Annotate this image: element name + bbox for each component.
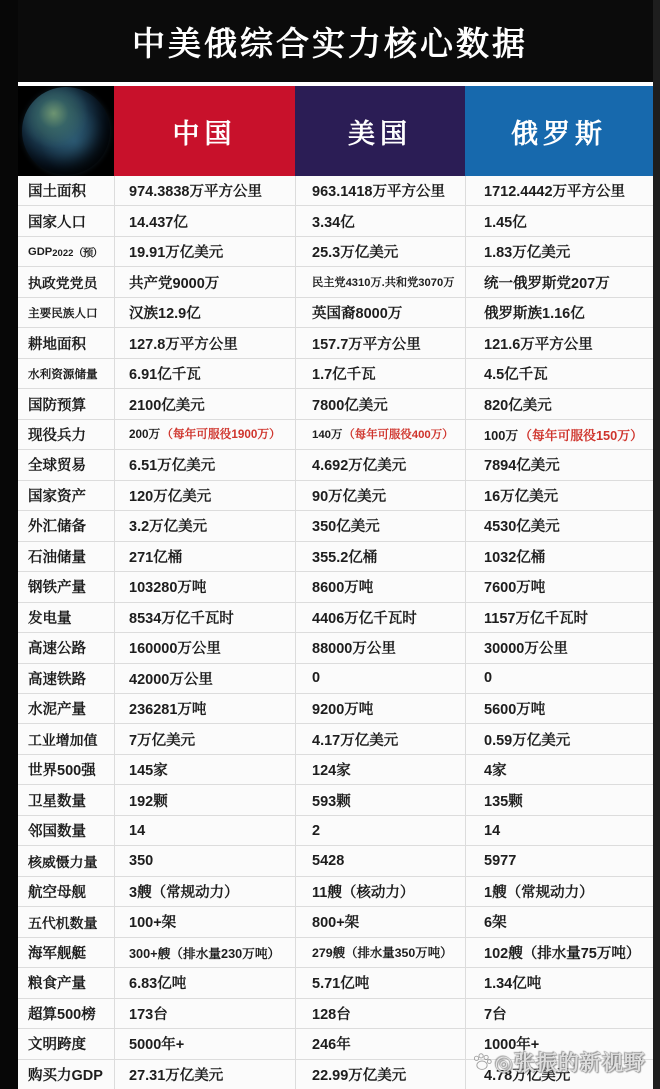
- china-value: 19.91万亿美元: [114, 237, 295, 266]
- china-value: 100+架: [114, 907, 295, 936]
- value-text: 5000年+: [129, 1033, 184, 1054]
- russia-value: 4.5亿千瓦: [465, 359, 653, 388]
- value-text: 14: [129, 823, 145, 839]
- value-text: 145家: [129, 759, 168, 780]
- row-label: 粮食产量: [18, 968, 114, 997]
- row-label: 国家人口: [18, 206, 114, 235]
- table-row: 主要民族人口汉族12.9亿英国裔8000万俄罗斯族1.16亿: [18, 298, 653, 328]
- china-value: 160000万公里: [114, 633, 295, 662]
- china-value: 974.3838万平方公里: [114, 176, 295, 205]
- table-row: 全球贸易6.51万亿美元4.692万亿美元7894亿美元: [18, 450, 653, 480]
- usa-value: 279艘（排水量350万吨）: [295, 938, 465, 967]
- row-label: 水利资源储量: [18, 359, 114, 388]
- russia-value: 5600万吨: [465, 694, 653, 723]
- value-text: 1.7亿千瓦: [312, 363, 376, 384]
- china-value: 14: [114, 816, 295, 845]
- table-row: 粮食产量6.83亿吨5.71亿吨1.34亿吨: [18, 968, 653, 998]
- row-label: 石油储量: [18, 542, 114, 571]
- value-text: 1032亿桶: [484, 546, 545, 567]
- russia-value: 135颗: [465, 785, 653, 814]
- russia-value: 1157万亿千瓦时: [465, 603, 653, 632]
- usa-value: 355.2亿桶: [295, 542, 465, 571]
- usa-value: 140万（每年可服役400万）: [295, 420, 465, 449]
- china-value: 200万（每年可服役1900万）: [114, 420, 295, 449]
- value-text: 8600万吨: [312, 576, 373, 597]
- value-text: 30000万公里: [484, 637, 568, 658]
- earth-globe-icon: [22, 87, 110, 175]
- row-label: 国防预算: [18, 389, 114, 418]
- value-text: 135颗: [484, 790, 523, 811]
- value-text: 1.45亿: [484, 211, 527, 232]
- value-text: 0: [484, 670, 492, 686]
- value-text: 11艘（核动力）: [312, 881, 414, 902]
- usa-value: 88000万公里: [295, 633, 465, 662]
- value-text: 27.31万亿美元: [129, 1064, 223, 1085]
- country-header-usa: 美国: [295, 86, 465, 176]
- country-header-china: 中国: [114, 86, 295, 176]
- usa-value: 124家: [295, 755, 465, 784]
- paw-icon: [471, 1051, 493, 1073]
- infographic-canvas: 中美俄综合实力核心数据 中国美国俄罗斯 国土面积974.3838万平方公里963…: [0, 0, 660, 1089]
- row-label: 工业增加值: [18, 724, 114, 753]
- value-text: 350亿美元: [312, 515, 380, 536]
- china-value: 271亿桶: [114, 542, 295, 571]
- value-text: 1艘（常规动力）: [484, 881, 594, 902]
- china-value: 120万亿美元: [114, 481, 295, 510]
- table-row: 水利资源储量6.91亿千瓦1.7亿千瓦4.5亿千瓦: [18, 359, 653, 389]
- value-text: 1.34亿吨: [484, 972, 541, 993]
- value-note-red: （每年可服役150万）: [519, 425, 643, 444]
- earth-cell: [18, 86, 114, 176]
- china-value: 236281万吨: [114, 694, 295, 723]
- china-value: 汉族12.9亿: [114, 298, 295, 327]
- row-label: 购买力GDP: [18, 1060, 114, 1089]
- row-label: 卫星数量: [18, 785, 114, 814]
- value-text: 6.83亿吨: [129, 972, 186, 993]
- row-label: 文明跨度: [18, 1029, 114, 1058]
- value-text: 121.6万平方公里: [484, 333, 593, 354]
- russia-value: 100万（每年可服役150万）: [465, 420, 653, 449]
- russia-value: 1.83万亿美元: [465, 237, 653, 266]
- russia-value: 俄罗斯族1.16亿: [465, 298, 653, 327]
- china-value: 6.51万亿美元: [114, 450, 295, 479]
- china-value: 350: [114, 846, 295, 875]
- value-text: 42000万公里: [129, 668, 213, 689]
- value-text: 6.91亿千瓦: [129, 363, 201, 384]
- value-text: 5600万吨: [484, 698, 545, 719]
- value-text: 14.437亿: [129, 211, 188, 232]
- value-text: 5977: [484, 853, 516, 869]
- value-text: 5428: [312, 853, 344, 869]
- row-label: 外汇储备: [18, 511, 114, 540]
- row-label: 发电量: [18, 603, 114, 632]
- table-row: 高速铁路42000万公里00: [18, 664, 653, 694]
- usa-value: 963.1418万平方公里: [295, 176, 465, 205]
- value-text: 4.5亿千瓦: [484, 363, 548, 384]
- russia-value: 0.59万亿美元: [465, 724, 653, 753]
- page-title: 中美俄综合实力核心数据: [132, 18, 528, 65]
- russia-value: 7台: [465, 999, 653, 1028]
- usa-value: 1.7亿千瓦: [295, 359, 465, 388]
- china-value: 14.437亿: [114, 206, 295, 235]
- usa-value: 157.7万平方公里: [295, 328, 465, 357]
- russia-value: 1032亿桶: [465, 542, 653, 571]
- russia-value: 4530亿美元: [465, 511, 653, 540]
- russia-value: 30000万公里: [465, 633, 653, 662]
- row-label: 高速公路: [18, 633, 114, 662]
- table-row: 外汇储备3.2万亿美元350亿美元4530亿美元: [18, 511, 653, 541]
- value-text: 173台: [129, 1003, 168, 1024]
- russia-value: 1.34亿吨: [465, 968, 653, 997]
- value-text: 192颗: [129, 790, 168, 811]
- russia-value: 7894亿美元: [465, 450, 653, 479]
- table-row: GDP2022（预）19.91万亿美元25.3万亿美元1.83万亿美元: [18, 237, 653, 267]
- usa-value: 90万亿美元: [295, 481, 465, 510]
- country-header-row: 中国美国俄罗斯: [18, 86, 653, 176]
- value-note-red: （每年可服役1900万）: [161, 426, 281, 442]
- china-value: 27.31万亿美元: [114, 1060, 295, 1089]
- table-row: 石油储量271亿桶355.2亿桶1032亿桶: [18, 542, 653, 572]
- usa-value: 7800亿美元: [295, 389, 465, 418]
- table-row: 世界500强145家124家4家: [18, 755, 653, 785]
- watermark-text: ◎张振的新视野: [495, 1047, 646, 1077]
- title-separator-line: [18, 82, 653, 86]
- value-text: 4530亿美元: [484, 515, 560, 536]
- china-value: 103280万吨: [114, 572, 295, 601]
- china-value: 145家: [114, 755, 295, 784]
- value-text: 593颗: [312, 790, 351, 811]
- value-text: 88000万公里: [312, 637, 396, 658]
- table-row: 核威慑力量35054285977: [18, 846, 653, 876]
- russia-value: 统一俄罗斯党207万: [465, 267, 653, 296]
- value-text: 5.71亿吨: [312, 972, 369, 993]
- value-text: 6架: [484, 911, 507, 932]
- value-text: 0.59万亿美元: [484, 729, 570, 750]
- value-text: 8534万亿千瓦时: [129, 607, 234, 628]
- russia-value: 16万亿美元: [465, 481, 653, 510]
- table-row: 邻国数量14214: [18, 816, 653, 846]
- usa-value: 593颗: [295, 785, 465, 814]
- value-text: 974.3838万平方公里: [129, 180, 262, 201]
- usa-value: 2: [295, 816, 465, 845]
- value-text: 3.34亿: [312, 211, 355, 232]
- table-row: 国家人口14.437亿3.34亿1.45亿: [18, 206, 653, 236]
- china-value: 5000年+: [114, 1029, 295, 1058]
- value-text: 3.2万亿美元: [129, 515, 207, 536]
- value-text: 0: [312, 670, 320, 686]
- china-value: 6.83亿吨: [114, 968, 295, 997]
- row-label: GDP2022（预）: [18, 237, 114, 266]
- value-text: 90万亿美元: [312, 485, 386, 506]
- value-text: 16万亿美元: [484, 485, 558, 506]
- value-text: 7600万吨: [484, 576, 545, 597]
- value-text: 103280万吨: [129, 576, 206, 597]
- usa-value: 5428: [295, 846, 465, 875]
- russia-value: 0: [465, 664, 653, 693]
- row-label: 国土面积: [18, 176, 114, 205]
- usa-value: 8600万吨: [295, 572, 465, 601]
- china-value: 127.8万平方公里: [114, 328, 295, 357]
- china-value: 300+艘（排水量230万吨）: [114, 938, 295, 967]
- value-text: 25.3万亿美元: [312, 241, 398, 262]
- china-value: 8534万亿千瓦时: [114, 603, 295, 632]
- row-label: 钢铁产量: [18, 572, 114, 601]
- row-label: 航空母舰: [18, 877, 114, 906]
- usa-value: 0: [295, 664, 465, 693]
- russia-value: 7600万吨: [465, 572, 653, 601]
- value-text: 9200万吨: [312, 698, 373, 719]
- china-value: 192颗: [114, 785, 295, 814]
- value-text: 22.99万亿美元: [312, 1064, 406, 1085]
- table-row: 发电量8534万亿千瓦时4406万亿千瓦时1157万亿千瓦时: [18, 603, 653, 633]
- usa-value: 英国裔8000万: [295, 298, 465, 327]
- russia-value: 1712.4442万平方公里: [465, 176, 653, 205]
- row-label: 高速铁路: [18, 664, 114, 693]
- russia-value: 4家: [465, 755, 653, 784]
- value-text: 6.51万亿美元: [129, 454, 215, 475]
- value-text: 1157万亿千瓦时: [484, 607, 588, 628]
- value-text: 民主党4310万.共和党3070万: [312, 274, 454, 290]
- usa-value: 民主党4310万.共和党3070万: [295, 267, 465, 296]
- comparison-table: 国土面积974.3838万平方公里963.1418万平方公里1712.4442万…: [18, 176, 653, 1089]
- value-text: 1712.4442万平方公里: [484, 180, 625, 201]
- china-value: 2100亿美元: [114, 389, 295, 418]
- country-label: 美国: [348, 112, 412, 151]
- value-text: 160000万公里: [129, 637, 221, 658]
- row-label: 核威慑力量: [18, 846, 114, 875]
- value-text: 7894亿美元: [484, 454, 560, 475]
- table-row: 耕地面积127.8万平方公里157.7万平方公里121.6万平方公里: [18, 328, 653, 358]
- value-text: 279艘（排水量350万吨）: [312, 943, 452, 961]
- right-frame-strip: [653, 0, 660, 1089]
- value-text: 4.692万亿美元: [312, 454, 406, 475]
- row-label: 五代机数量: [18, 907, 114, 936]
- value-text: 157.7万平方公里: [312, 333, 421, 354]
- table-row: 海军舰艇300+艘（排水量230万吨）279艘（排水量350万吨）102艘（排水…: [18, 938, 653, 968]
- value-text: 102艘（排水量75万吨）: [484, 942, 640, 963]
- china-value: 共产党9000万: [114, 267, 295, 296]
- russia-value: 820亿美元: [465, 389, 653, 418]
- russia-value: 1.45亿: [465, 206, 653, 235]
- table-row: 执政党党员共产党9000万民主党4310万.共和党3070万统一俄罗斯党207万: [18, 267, 653, 297]
- table-row: 钢铁产量103280万吨8600万吨7600万吨: [18, 572, 653, 602]
- value-text: 127.8万平方公里: [129, 333, 238, 354]
- russia-value: 1艘（常规动力）: [465, 877, 653, 906]
- country-label: 中国: [173, 112, 237, 151]
- table-row: 五代机数量100+架800+架6架: [18, 907, 653, 937]
- value-text: 1.83万亿美元: [484, 241, 570, 262]
- row-label: 水泥产量: [18, 694, 114, 723]
- value-text: 4家: [484, 759, 507, 780]
- value-text: 120万亿美元: [129, 485, 211, 506]
- table-row: 国土面积974.3838万平方公里963.1418万平方公里1712.4442万…: [18, 176, 653, 206]
- value-text: 236281万吨: [129, 698, 206, 719]
- row-label: 全球贸易: [18, 450, 114, 479]
- value-text: 7万亿美元: [129, 729, 195, 750]
- country-header-russia: 俄罗斯: [465, 86, 653, 176]
- usa-value: 800+架: [295, 907, 465, 936]
- value-text: 2: [312, 823, 320, 839]
- value-text: 820亿美元: [484, 394, 552, 415]
- left-frame-strip: [0, 0, 18, 1089]
- china-value: 42000万公里: [114, 664, 295, 693]
- russia-value: 5977: [465, 846, 653, 875]
- title-band: 中美俄综合实力核心数据: [0, 0, 660, 82]
- country-label: 俄罗斯: [511, 112, 607, 151]
- usa-value: 246年: [295, 1029, 465, 1058]
- value-note-red: （每年可服役400万）: [343, 426, 453, 442]
- usa-value: 350亿美元: [295, 511, 465, 540]
- value-text: 100+架: [129, 911, 176, 932]
- value-text: 124家: [312, 759, 351, 780]
- usa-value: 4.692万亿美元: [295, 450, 465, 479]
- value-text: 3艘（常规动力）: [129, 881, 239, 902]
- value-text: 800+架: [312, 911, 359, 932]
- value-text: 统一俄罗斯党207万: [484, 272, 610, 293]
- table-row: 水泥产量236281万吨9200万吨5600万吨: [18, 694, 653, 724]
- china-value: 3艘（常规动力）: [114, 877, 295, 906]
- value-text: 7台: [484, 1003, 507, 1024]
- value-text: 100万: [484, 425, 518, 444]
- row-label: 执政党党员: [18, 267, 114, 296]
- table-row: 高速公路160000万公里88000万公里30000万公里: [18, 633, 653, 663]
- value-text: 汉族12.9亿: [129, 302, 201, 323]
- value-text: 7800亿美元: [312, 394, 388, 415]
- usa-value: 9200万吨: [295, 694, 465, 723]
- value-text: 4.17万亿美元: [312, 729, 398, 750]
- value-text: 2100亿美元: [129, 394, 205, 415]
- usa-value: 4.17万亿美元: [295, 724, 465, 753]
- row-label: 世界500强: [18, 755, 114, 784]
- value-text: 共产党9000万: [129, 272, 219, 293]
- watermark: ◎张振的新视野: [471, 1047, 646, 1077]
- row-label: 邻国数量: [18, 816, 114, 845]
- value-text: 271亿桶: [129, 546, 182, 567]
- usa-value: 128台: [295, 999, 465, 1028]
- row-label: 国家资产: [18, 481, 114, 510]
- value-text: 128台: [312, 1003, 351, 1024]
- value-text: 350: [129, 853, 153, 869]
- china-value: 6.91亿千瓦: [114, 359, 295, 388]
- table-row: 现役兵力200万（每年可服役1900万）140万（每年可服役400万）100万（…: [18, 420, 653, 450]
- value-text: 4406万亿千瓦时: [312, 607, 417, 628]
- china-value: 7万亿美元: [114, 724, 295, 753]
- russia-value: 6架: [465, 907, 653, 936]
- usa-value: 4406万亿千瓦时: [295, 603, 465, 632]
- value-text: 246年: [312, 1033, 351, 1054]
- table-row: 卫星数量192颗593颗135颗: [18, 785, 653, 815]
- value-text: 963.1418万平方公里: [312, 180, 445, 201]
- usa-value: 5.71亿吨: [295, 968, 465, 997]
- usa-value: 3.34亿: [295, 206, 465, 235]
- table-row: 超算500榜173台128台7台: [18, 999, 653, 1029]
- table-row: 航空母舰3艘（常规动力）11艘（核动力）1艘（常规动力）: [18, 877, 653, 907]
- usa-value: 25.3万亿美元: [295, 237, 465, 266]
- value-text: 200万: [129, 426, 160, 442]
- row-label: 海军舰艇: [18, 938, 114, 967]
- value-text: 140万: [312, 426, 342, 442]
- china-value: 3.2万亿美元: [114, 511, 295, 540]
- russia-value: 121.6万平方公里: [465, 328, 653, 357]
- table-row: 国家资产120万亿美元90万亿美元16万亿美元: [18, 481, 653, 511]
- row-label: 主要民族人口: [18, 298, 114, 327]
- row-label: 耕地面积: [18, 328, 114, 357]
- value-text: 355.2亿桶: [312, 546, 377, 567]
- usa-value: 11艘（核动力）: [295, 877, 465, 906]
- value-text: 俄罗斯族1.16亿: [484, 302, 585, 323]
- china-value: 173台: [114, 999, 295, 1028]
- usa-value: 22.99万亿美元: [295, 1060, 465, 1089]
- value-text: 英国裔8000万: [312, 302, 402, 323]
- russia-value: 14: [465, 816, 653, 845]
- row-label: 超算500榜: [18, 999, 114, 1028]
- value-text: 300+艘（排水量230万吨）: [129, 943, 280, 962]
- russia-value: 102艘（排水量75万吨）: [465, 938, 653, 967]
- table-row: 工业增加值7万亿美元4.17万亿美元0.59万亿美元: [18, 724, 653, 754]
- row-label: 现役兵力: [18, 420, 114, 449]
- value-text: 19.91万亿美元: [129, 241, 223, 262]
- table-row: 国防预算2100亿美元7800亿美元820亿美元: [18, 389, 653, 419]
- value-text: 14: [484, 823, 500, 839]
